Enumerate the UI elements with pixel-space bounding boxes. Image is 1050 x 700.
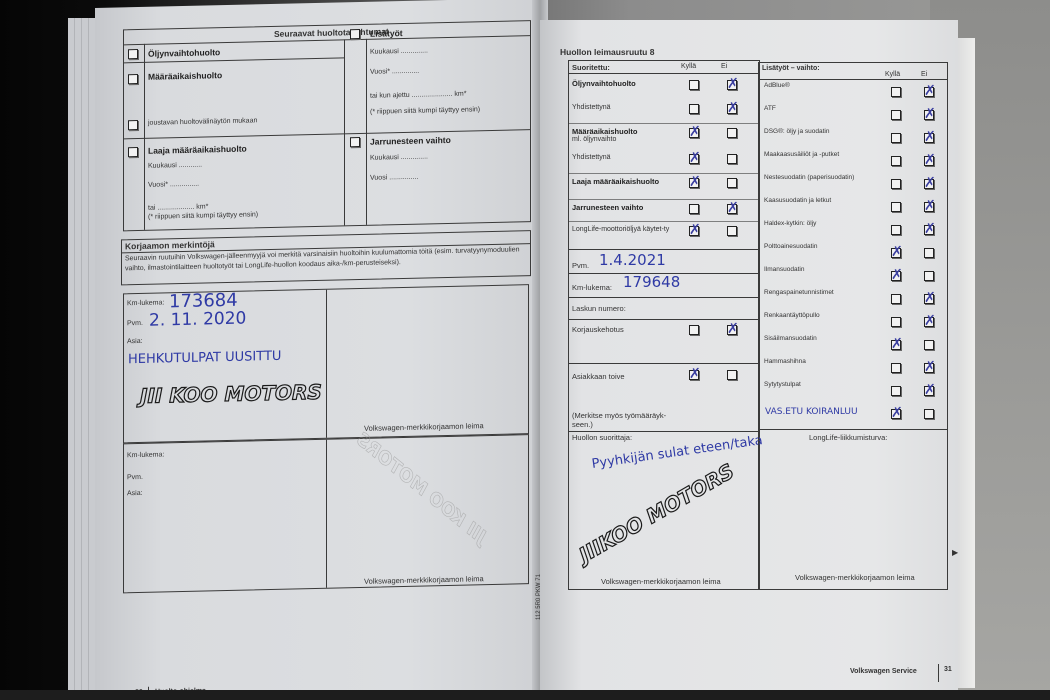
additional-row-label: Sytytystulpat [764,381,801,388]
entry2-date-label: Pvm. [127,474,143,481]
performed-no-checkbox[interactable] [727,204,737,214]
entry1-date-value: 2. 11. 2020 [149,309,246,331]
additional-year: Vuosi* .............. [370,68,419,76]
oil-change-checkbox[interactable] [128,49,138,59]
performed-yes-checkbox[interactable] [689,226,699,236]
performer-label: Huollon suorittaja: [572,433,632,442]
additional-no-checkbox[interactable] [924,133,934,143]
performed-no-checkbox[interactable] [727,128,737,138]
entry2-subject-label: Asia: [127,490,143,497]
repair-suggestion-no-checkbox[interactable] [727,325,737,335]
performed-no-checkbox[interactable] [727,80,737,90]
performed-km-value: 179648 [623,273,680,291]
upcoming-services-box: Seuraavat huoltotapahtumat Öljynvaihtohu… [123,20,531,231]
additional-no-checkbox[interactable] [924,294,934,304]
longlife-label: LongLife-liikkumisturva: [809,433,887,442]
performed-no-header: Ei [721,63,727,70]
additional-row-label: VAS.ETU KOIRANLUU [765,407,858,417]
entry1-km-label: Km-lukema: [127,299,164,307]
additional-yes-checkbox[interactable] [891,133,901,143]
additional-yes-checkbox[interactable] [891,409,901,419]
performed-no-checkbox[interactable] [727,104,737,114]
additional-yes-checkbox[interactable] [891,363,901,373]
performed-no-checkbox[interactable] [727,154,737,164]
workshop-notes-title: Korjaamon merkintöjä [125,239,215,251]
performed-date-label: Pvm. [572,261,589,270]
performed-yes-checkbox[interactable] [689,178,699,188]
extended-note: (* riippuen siitä kumpi täyttyy ensin) [148,211,258,220]
entry2-km-label: Km-lukema: [127,451,164,459]
additional-yes-checkbox[interactable] [891,110,901,120]
additional-yes-checkbox[interactable] [891,156,901,166]
next-page-arrow-icon: ▶ [952,548,958,557]
additional-no-checkbox[interactable] [924,179,934,189]
performed-yes-header: Kyllä [681,63,696,70]
additional-row-label: Haldex-kytkin: öljy [764,220,816,227]
entry2-stamp-caption: Volkswagen-merkkikorjaamon leima [364,574,484,586]
repair-suggestion-label: Korjauskehotus [572,325,624,334]
performed-table: Suoritettu: Kyllä Ei ÖljynvaihtohuoltoYh… [568,60,760,590]
additional-yes-checkbox[interactable] [891,87,901,97]
additional-yes-header: Kyllä [885,71,900,78]
workshop-entry-2: Km-lukema: Pvm. Asia: JII KOO MOTORS Vol… [123,434,529,593]
additional-checkbox[interactable] [350,29,360,39]
performer-stamp-caption: Volkswagen-merkkikorjaamon leima [601,577,721,586]
performed-no-checkbox[interactable] [727,226,737,236]
entry1-subject-value: HEHKUTULPAT UUSITTU [128,349,281,367]
additional-row-label: Hammashihna [764,358,806,365]
additional-row-label: Sisäilmansuodatin [764,335,817,342]
oil-change-label: Öljynvaihtohuolto [148,47,220,59]
additional-month: Kuukausi .............. [370,47,428,55]
brake-fluid-checkbox[interactable] [350,137,360,147]
additional-no-checkbox[interactable] [924,87,934,97]
additional-no-checkbox[interactable] [924,248,934,258]
performed-yes-checkbox[interactable] [689,128,699,138]
additional-no-checkbox[interactable] [924,363,934,373]
additional-no-header: Ei [921,71,927,78]
stamp-box-title: Huollon leimausruutu 8 [560,47,654,57]
scheduled-label: Määräaikaishuolto [148,70,222,82]
extended-label: Laaja määräaikaishuolto [148,144,247,156]
additional-no-checkbox[interactable] [924,317,934,327]
table-surface [0,690,1050,700]
longlife-stamp-caption: Volkswagen-merkkikorjaamon leima [795,573,915,582]
performed-row-label: LongLife-moottoriöljyä käytet-ty [572,225,672,234]
additional-header: Lisätyöt – vaihto: [762,65,820,72]
extended-year: Vuosi* ............... [148,181,199,189]
performed-yes-checkbox[interactable] [689,104,699,114]
additional-row-label: AdBlue® [764,82,790,89]
workshop-stamp: JII KOO MOTORS [140,380,322,408]
additional-no-checkbox[interactable] [924,202,934,212]
additional-no-checkbox[interactable] [924,110,934,120]
additional-yes-checkbox[interactable] [891,271,901,281]
performed-date-value: 1.4.2021 [599,251,666,269]
additional-yes-checkbox[interactable] [891,294,901,304]
performed-row-label: Laaja määräaikaishuolto [572,177,672,186]
page-number-right: 31 [944,666,952,673]
additional-row-label: Maakaasusäiliöt ja -putket [764,151,839,158]
footer-brand: Volkswagen Service [850,668,917,675]
extended-km: tai ................... km* [148,203,208,211]
performed-yes-checkbox[interactable] [689,80,699,90]
additional-row-label: Rengaspainetunnistimet [764,289,834,296]
performed-row-label: Yhdistettynä [572,153,672,162]
additional-yes-checkbox[interactable] [891,225,901,235]
additional-no-checkbox[interactable] [924,409,934,419]
additional-yes-checkbox[interactable] [891,317,901,327]
additional-row-label: Ilmansuodatin [764,266,804,273]
invoice-label: Laskun numero: [572,304,626,313]
workshop-notes-header: Korjaamon merkintöjä Seuraavin ruutuihin… [121,230,531,285]
page-edges-right [955,38,975,688]
brake-year: Vuosi ............... [370,174,418,182]
additional-row-label: Polttoainesuodatin [764,243,818,250]
customer-wish-label: Asiakkaan toive [572,372,625,381]
additional-no-checkbox[interactable] [924,271,934,281]
additional-row-label: Kaasusuodatin ja letkut [764,197,831,204]
additional-no-checkbox[interactable] [924,225,934,235]
flexible-checkbox[interactable] [128,120,138,130]
performed-header: Suoritettu: [572,63,610,72]
performed-yes-checkbox[interactable] [689,204,699,214]
performed-yes-checkbox[interactable] [689,154,699,164]
additional-label: Lisätyöt [370,28,403,39]
entry1-date-label: Pvm. [127,320,143,327]
additional-row-label: Nestesuodatin (paperisuodatin) [764,174,854,181]
additional-yes-checkbox[interactable] [891,202,901,212]
additional-yes-checkbox[interactable] [891,386,901,396]
performed-no-checkbox[interactable] [727,178,737,188]
additional-yes-checkbox[interactable] [891,248,901,258]
additional-table: Lisätyöt – vaihto: Kyllä Ei AdBlue®ATFDS… [758,62,948,590]
performed-row-label: Öljynvaihtohuolto [572,79,672,88]
extended-month: Kuukausi ............ [148,162,202,170]
additional-row-label: DSG®: öljy ja suodatin [764,128,830,135]
performer-stamp: JIIKOO MOTORS [575,459,738,567]
right-page: Huollon leimausruutu 8 Suoritettu: Kyllä… [540,20,958,695]
entry1-subject-label: Asia: [127,338,143,345]
entry1-stamp-caption: Volkswagen-merkkikorjaamon leima [364,421,484,433]
additional-no-checkbox[interactable] [924,386,934,396]
performed-km-label: Km-lukema: [572,283,612,292]
extended-checkbox[interactable] [128,147,138,157]
customer-wish-yes-checkbox[interactable] [689,370,699,380]
additional-note: (* riippuen siitä kumpi täyttyy ensin) [370,106,480,115]
workshop-entry-1: Km-lukema: 173684 Pvm. 2. 11. 2020 Asia:… [123,284,529,443]
flexible-label: joustavan huoltovälinäytön mukaan [148,117,257,126]
print-code: 112 5R0 PKW 71 [536,574,542,620]
brake-fluid-label: Jarrunesteen vaihto [370,135,451,147]
additional-km: tai kun ajettu ..................... km* [370,91,466,100]
left-page: Seuraavat huoltotapahtumat Öljynvaihtohu… [95,0,540,700]
additional-yes-checkbox[interactable] [891,340,901,350]
ghost-stamp: JII KOO MOTORS [351,429,490,548]
additional-no-checkbox[interactable] [924,156,934,166]
work-order-note: (Merkitse myös työmääräyk-seen.) [572,411,682,429]
additional-row-label: Renkaantäyttöpullo [764,312,820,319]
performed-row-label: Yhdistettynä [572,103,672,112]
customer-wish-no-checkbox[interactable] [727,370,737,380]
additional-yes-checkbox[interactable] [891,179,901,189]
performed-row-label: Jarrunesteen vaihto [572,203,672,212]
brake-month: Kuukausi .............. [370,153,428,161]
performed-row-sublabel: ml. öljynvaihto [572,136,616,143]
performed-row-label: Määräaikaishuolto [572,127,672,136]
repair-suggestion-yes-checkbox[interactable] [689,325,699,335]
additional-row-label: ATF [764,105,776,112]
scheduled-checkbox[interactable] [128,74,138,84]
additional-no-checkbox[interactable] [924,340,934,350]
